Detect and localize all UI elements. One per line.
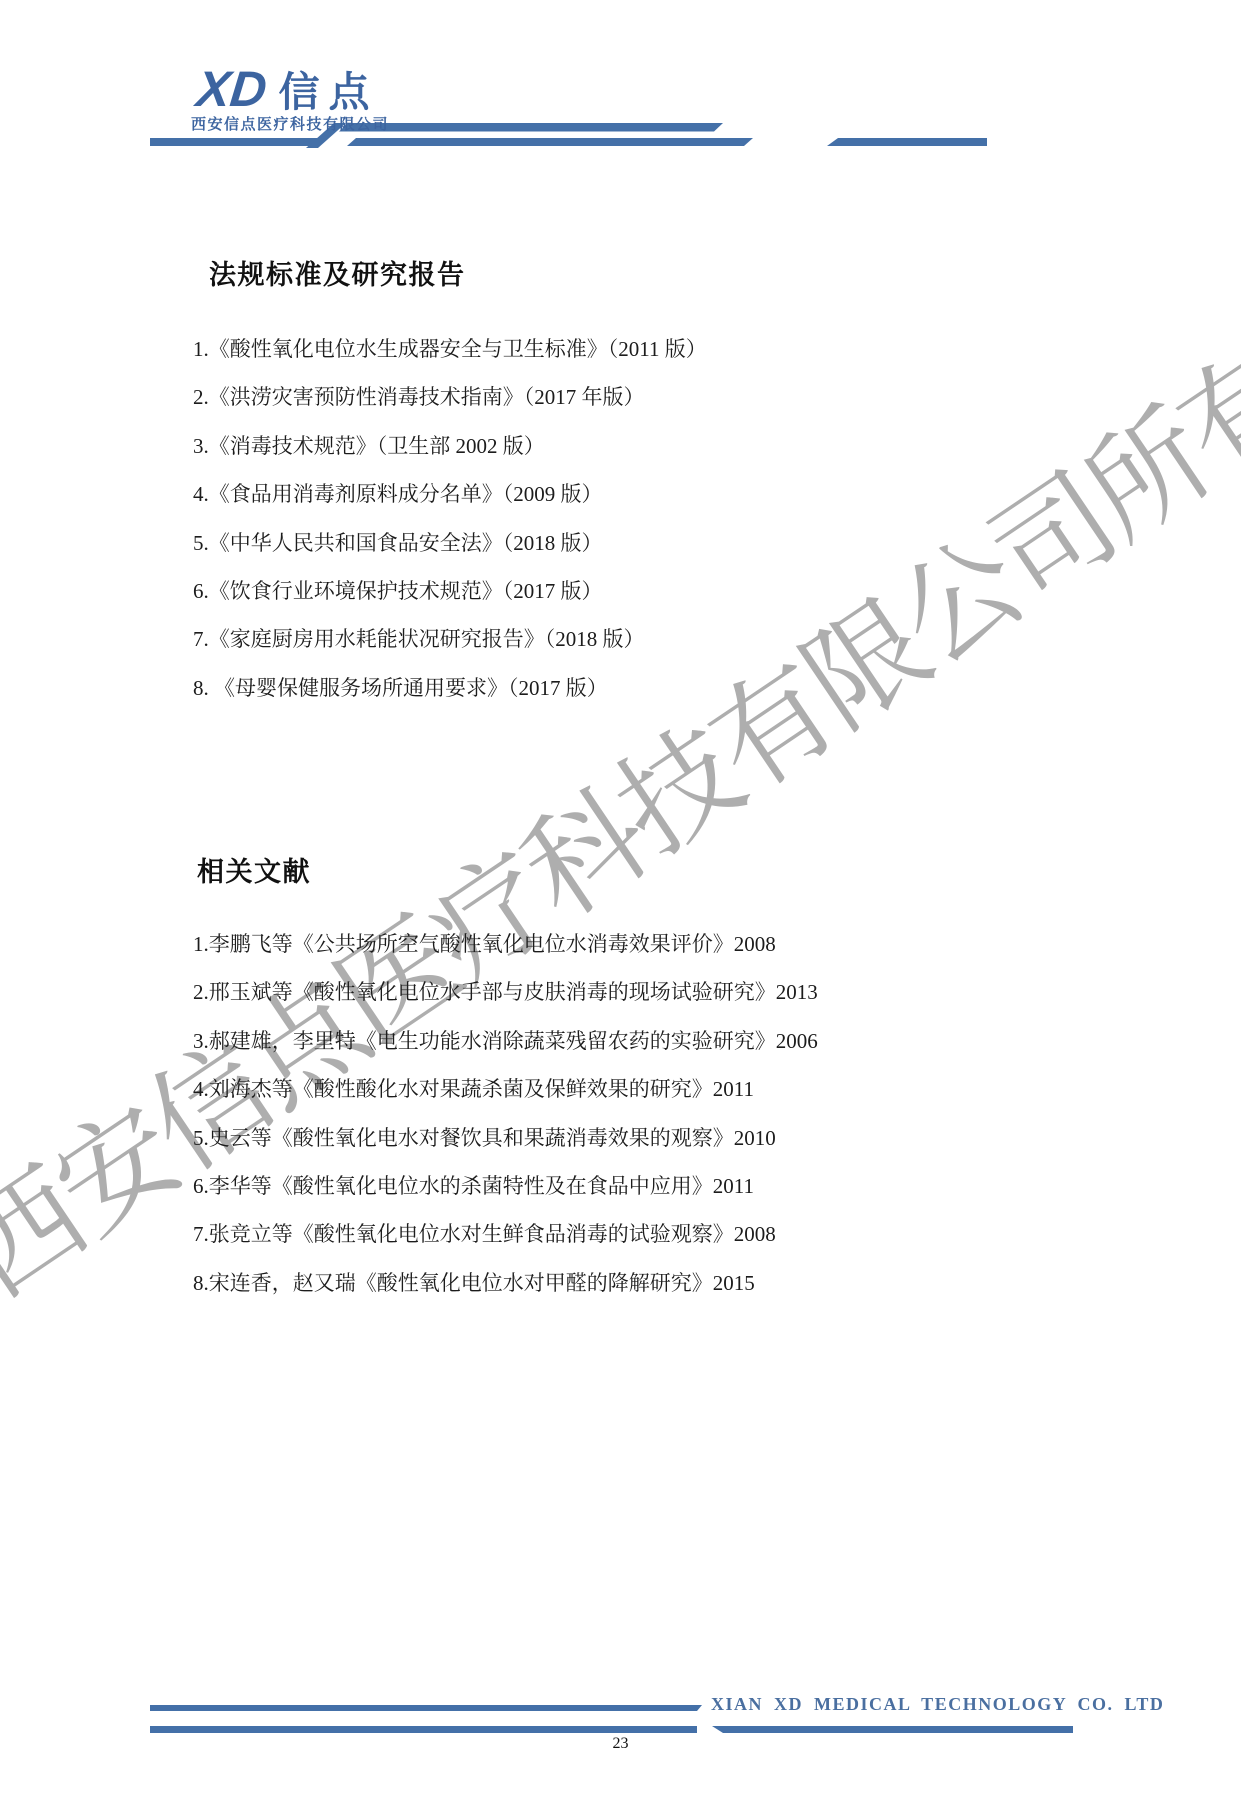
regulations-list: 1.《酸性氧化电位水生成器安全与卫生标准》（2011 版） 2.《洪涝灾害预防性… [193, 325, 707, 712]
reference-item: 2.邢玉斌等《酸性氧化电位水手部与皮肤消毒的现场试验研究》2013 [193, 968, 818, 1016]
references-list: 1.李鹏飞等《公共场所空气酸性氧化电位水消毒效果评价》2008 2.邢玉斌等《酸… [193, 920, 818, 1307]
regulation-item: 8. 《母婴保健服务场所通用要求》（2017 版） [193, 664, 707, 712]
regulation-item: 2.《洪涝灾害预防性消毒技术指南》（2017 年版） [193, 373, 707, 421]
reference-item: 1.李鹏飞等《公共场所空气酸性氧化电位水消毒效果评价》2008 [193, 920, 818, 968]
regulations-section-heading: 法规标准及研究报告 [209, 253, 466, 292]
page-number: 23 [0, 1735, 1241, 1753]
reference-item: 6.李华等《酸性氧化电位水的杀菌特性及在食品中应用》2011 [193, 1162, 818, 1210]
document-content: 法规标准及研究报告 1.《酸性氧化电位水生成器安全与卫生标准》（2011 版） … [0, 0, 1241, 1807]
reference-item: 5.史云等《酸性氧化电水对餐饮具和果蔬消毒效果的观察》2010 [193, 1114, 818, 1162]
regulation-item: 3.《消毒技术规范》（卫生部 2002 版） [193, 422, 707, 470]
regulation-item: 4.《食品用消毒剂原料成分名单》（2009 版） [193, 470, 707, 518]
regulation-item: 7.《家庭厨房用水耗能状况研究报告》（2018 版） [193, 615, 707, 663]
regulation-item: 1.《酸性氧化电位水生成器安全与卫生标准》（2011 版） [193, 325, 707, 373]
reference-item: 7.张竞立等《酸性氧化电位水对生鲜食品消毒的试验观察》2008 [193, 1210, 818, 1258]
reference-item: 8.宋连香，赵又瑞《酸性氧化电位水对甲醛的降解研究》2015 [193, 1259, 818, 1307]
reference-item: 3.郝建雄，李里特《电生功能水消除蔬菜残留农药的实验研究》2006 [193, 1017, 818, 1065]
document-page: 西安信点医疗科技有限公司所有 XD信点 西安信点医疗科技有限公司 法规标准及研究… [0, 0, 1241, 1807]
regulation-item: 5.《中华人民共和国食品安全法》（2018 版） [193, 519, 707, 567]
footer-company-name-en: XIAN XD MEDICAL TECHNOLOGY CO. LTD [711, 1694, 1164, 1715]
reference-item: 4.刘海杰等《酸性酸化水对果蔬杀菌及保鲜效果的研究》2011 [193, 1065, 818, 1113]
regulation-item: 6.《饮食行业环境保护技术规范》（2017 版） [193, 567, 707, 615]
references-section-heading: 相关文献 [197, 850, 311, 889]
